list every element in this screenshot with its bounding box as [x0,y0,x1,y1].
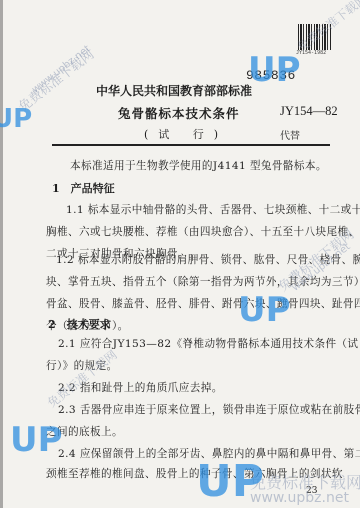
standard-code: JY154—82 [280,104,338,119]
replaces-label: 代替 [280,127,300,142]
watermark-logo-icon: UP [238,290,291,330]
header-divider [52,144,330,146]
trial-status: (试 行) [144,126,228,142]
section-heading: 1 产品特征 [52,180,115,196]
document-title: 兔骨骼标本技术条件 [118,104,240,122]
intro-paragraph: 本标准适用于生物教学使用的J4141 型兔骨骼标本。 [70,158,327,173]
watermark-logo-icon: UP [196,456,264,507]
clause-line: 胸椎、六或七块腰椎、荐椎（由四块愈合）、十五至十八块尾椎、十 [46,224,360,239]
section-heading: 2 技术要求 [48,316,111,332]
clause-line: 2.3 舌器骨应串连于原来位置上，锁骨串连于原位或粘在前肢骨 [58,402,360,417]
clause-line: 2.1 应符合JY153—82《脊椎动物骨骼标本通用技术条件（试 [58,336,358,351]
document-page: JY154-1982 985836 中华人民共和国教育部部标准 兔骨骼标本技术条… [0,0,360,508]
watermark-logo-icon: UP [0,104,32,134]
clause-line: 1.1 标本显示中轴骨骼的头骨、舌器骨、七块颈椎、十二或十三块 [66,202,360,217]
clause-line: 骨盆、股骨、膝盖骨、胫骨、腓骨、跗骨六块、蹠骨四块、趾骨四 [46,296,360,311]
watermark-url: www.upbz.net [250,490,349,506]
scan-edge [0,0,3,508]
issuing-body: 中华人民共和国教育部部标准 [96,82,252,99]
watermark-logo-icon: UP [10,420,63,460]
watermark-logo-icon: UP [248,50,301,90]
